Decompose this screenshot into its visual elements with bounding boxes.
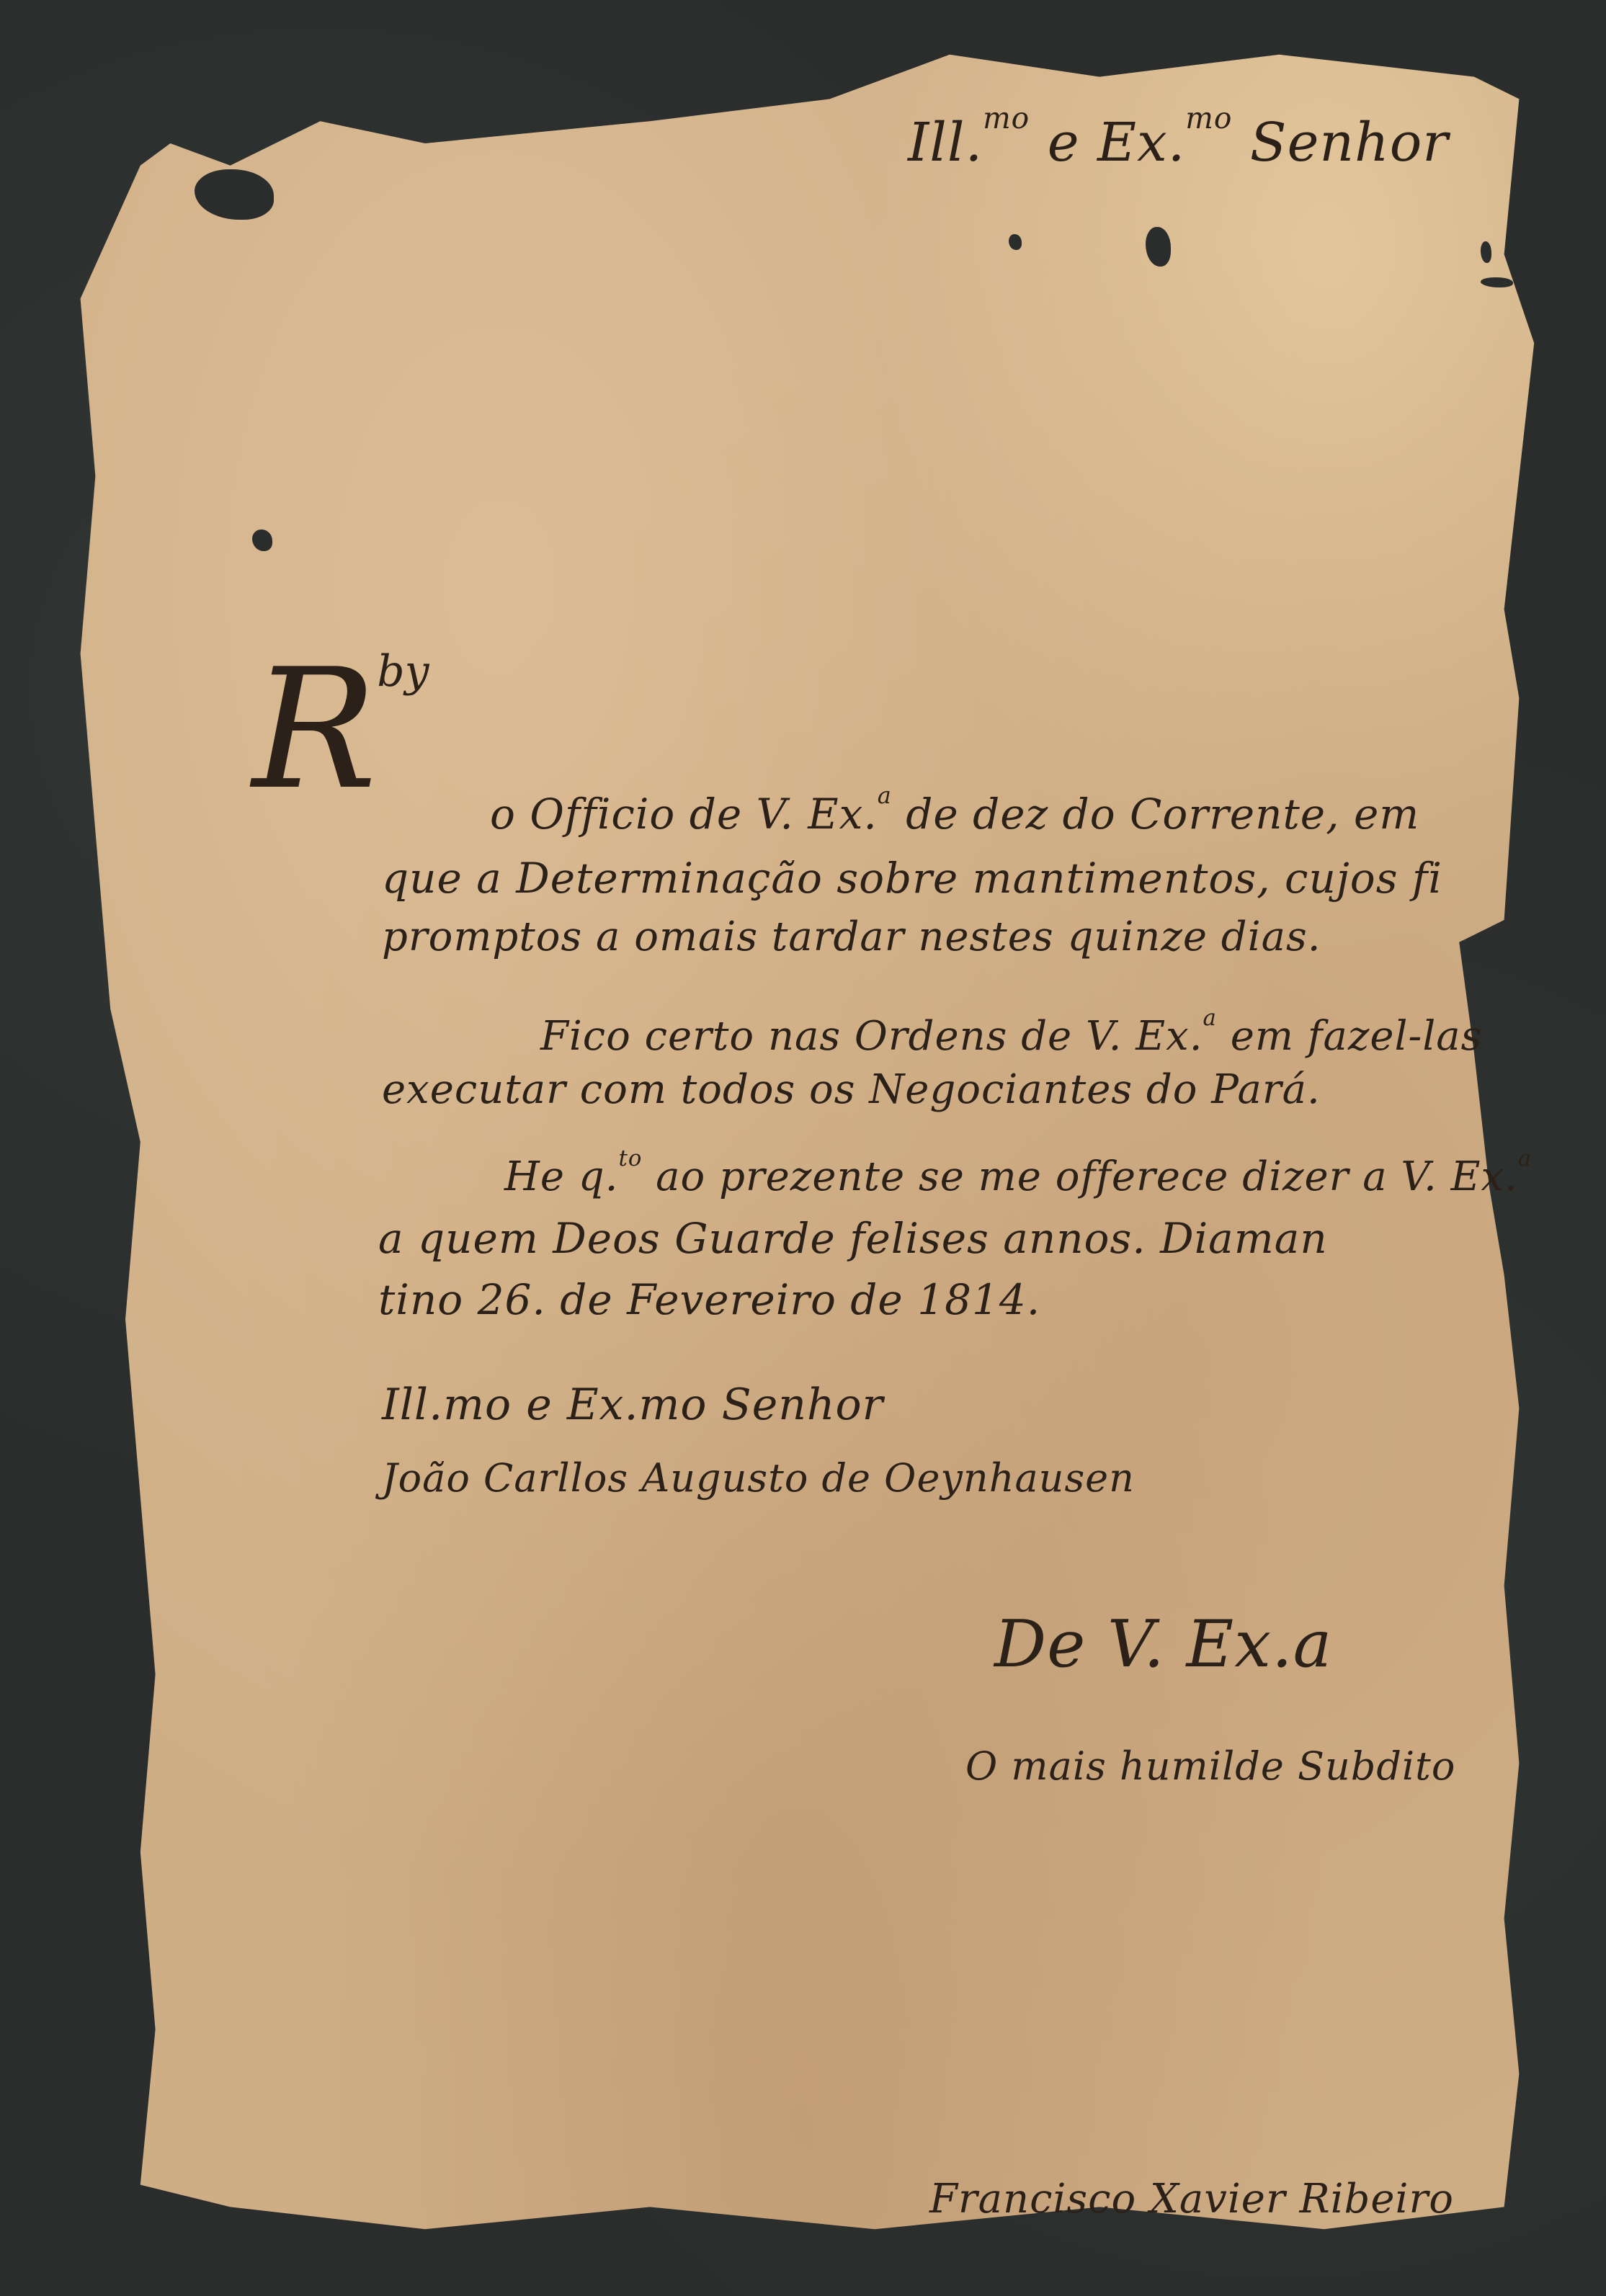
paper-hole — [252, 530, 272, 551]
paper-hole — [1481, 241, 1491, 263]
decorative-initial-r: Rby — [252, 634, 429, 826]
signature: Francisco Xavier Ribeiro — [929, 2176, 1454, 2223]
body-line-3: promptos a omais tardar nestes quinze di… — [382, 914, 1321, 960]
body-line-4: Fico certo nas Ordens de V. Ex.a em faze… — [540, 1005, 1482, 1060]
salutation-prefix-sup: mo — [983, 101, 1030, 135]
body-line-2: que a Determinação sobre mantimentos, cu… — [382, 854, 1442, 903]
paper-hole — [195, 169, 274, 220]
body-line-5: executar com todos os Negociantes do Par… — [382, 1066, 1321, 1113]
salutation-prefix: Ill. — [908, 112, 983, 174]
addressee-title: Ill.mo e Ex.mo Senhor — [382, 1380, 883, 1430]
body-line-6: He q.to ao prezente se me offerece dizer… — [504, 1145, 1532, 1200]
paper-hole — [1146, 227, 1171, 267]
top-salutation: Ill.mo e Ex.mo Senhor — [908, 101, 1449, 174]
paper-hole — [1481, 277, 1513, 287]
paper-hole — [1009, 234, 1022, 250]
addressee-name: João Carllos Augusto de Oeynhausen — [382, 1455, 1135, 1501]
body-line-8: tino 26. de Fevereiro de 1814. — [378, 1275, 1040, 1324]
aged-paper-sheet — [50, 32, 1549, 2251]
closing-line-1: De V. Ex.a — [994, 1607, 1332, 1682]
body-line-7: a quem Deos Guarde felises annos. Diaman — [378, 1214, 1328, 1263]
closing-line-2: O mais humilde Subdito — [965, 1743, 1455, 1789]
body-line-1: o Officio de V. Ex.a de dez do Corrente,… — [490, 782, 1419, 839]
salutation-title: Senhor — [1250, 112, 1449, 174]
salutation-middle-sup: mo — [1185, 101, 1232, 135]
salutation-middle: e Ex. — [1048, 112, 1186, 174]
